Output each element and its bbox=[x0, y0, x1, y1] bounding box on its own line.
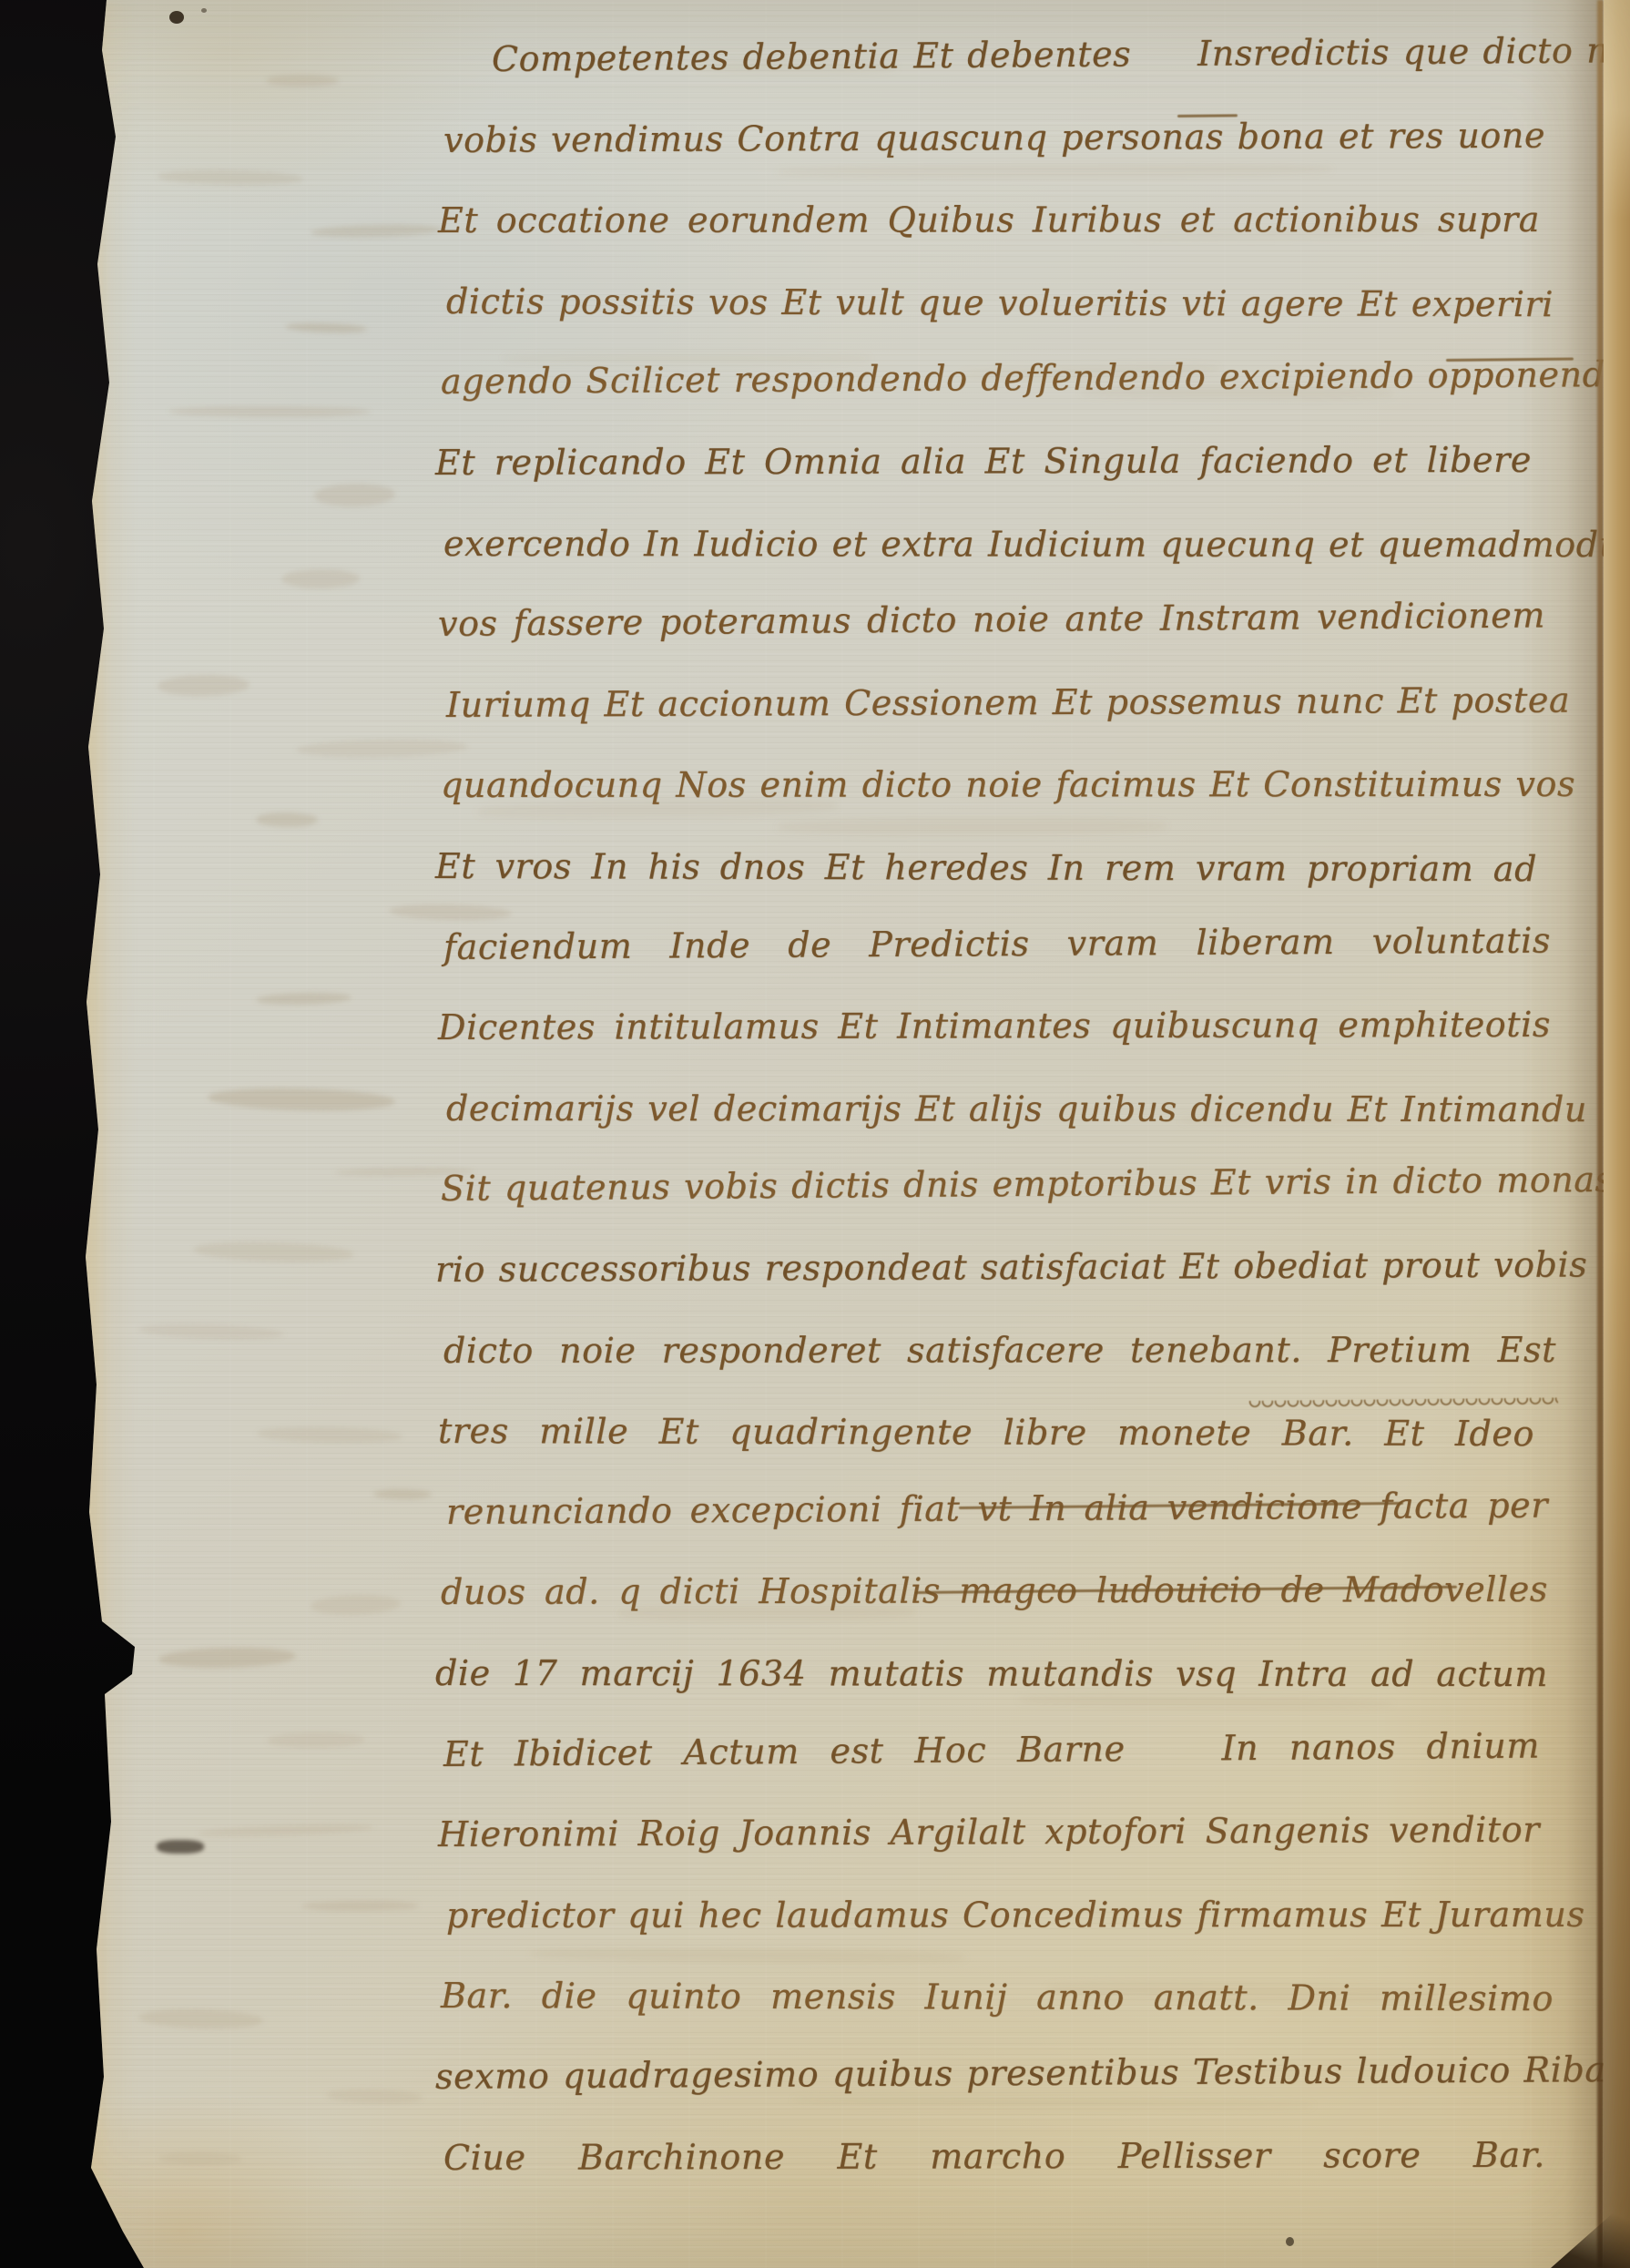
manuscript-line: Hieronimi Roig Joannis Argilalt xptofori… bbox=[438, 1811, 1540, 1855]
bleed-through-smudge bbox=[158, 169, 303, 187]
manuscript-line: predictor qui hec laudamus Concedimus fi… bbox=[446, 1895, 1554, 1936]
bleed-through-smudge bbox=[314, 483, 395, 506]
bleed-through-smudge bbox=[334, 1167, 474, 1177]
manuscript-line: vos fassere poteramus dicto noie ante In… bbox=[438, 597, 1545, 645]
show-through-streak bbox=[1180, 1114, 1376, 1128]
underline-mark bbox=[959, 1502, 1403, 1509]
show-through-streak bbox=[1080, 386, 1394, 399]
ink-dot-bottom bbox=[1286, 2237, 1294, 2246]
manuscript-line: die 17 marcij 1634 mutatis mutandis vsq … bbox=[435, 1654, 1548, 1695]
gutter-crease bbox=[1597, 0, 1604, 2268]
manuscript-page: Competentes debentia Et debentes Insredi… bbox=[0, 0, 1630, 2268]
underline-mark bbox=[1446, 357, 1574, 361]
manuscript-line: Bar. die quinto mensis Iunij anno anatt.… bbox=[441, 1977, 1554, 2019]
bleed-through-smudge bbox=[208, 1086, 395, 1113]
bottom-right-corner-shadow bbox=[1519, 2181, 1630, 2268]
manuscript-line: sexmo quadragesimo quibus presentibus Te… bbox=[435, 2051, 1532, 2098]
show-through-streak bbox=[961, 363, 1219, 382]
underline-mark bbox=[915, 1586, 1457, 1594]
bleed-through-smudge bbox=[267, 1732, 365, 1749]
bleed-through-smudge bbox=[138, 2007, 263, 2030]
manuscript-line: quandocunq Nos enim dicto noie facimus E… bbox=[441, 765, 1537, 806]
manuscript-line: agendo Scilicet respondendo deffendendo … bbox=[441, 356, 1554, 403]
show-through-streak bbox=[617, 1603, 916, 1622]
page-edge-strip bbox=[1604, 0, 1630, 2268]
manuscript-line: rio successoribus respondeat satisfaciat… bbox=[435, 1246, 1543, 1291]
show-through-streak bbox=[778, 162, 1332, 179]
bleed-through-smudge bbox=[158, 674, 250, 697]
bleed-through-smudge bbox=[257, 1425, 402, 1444]
manuscript-line: tres mille Et quadringente libre monete … bbox=[438, 1412, 1534, 1455]
show-through-streak bbox=[503, 353, 871, 363]
show-through-streak bbox=[477, 797, 838, 822]
ink-speck-top bbox=[201, 8, 207, 13]
show-through-streak bbox=[1018, 1694, 1392, 1711]
manuscript-line: dictis possitis vos Et vult que voluerit… bbox=[446, 282, 1554, 325]
manuscript-line: exercendo In Iudicio et extra Iudicium q… bbox=[443, 525, 1545, 566]
manuscript-line: Et Ibidicet Actum est Hoc Barne In nanos… bbox=[443, 1726, 1540, 1774]
bleed-through-smudge bbox=[326, 2088, 423, 2104]
bleed-through-smudge bbox=[158, 1646, 296, 1670]
bleed-through-smudge bbox=[138, 1323, 284, 1343]
bleed-through-smudge bbox=[168, 405, 372, 417]
bleed-through-smudge bbox=[311, 223, 443, 238]
manuscript-line: Competentes debentia Et debentes Insredi… bbox=[492, 32, 1580, 80]
ink-dot-top bbox=[169, 11, 184, 24]
bleed-through-smudge bbox=[198, 1822, 375, 1838]
bleed-through-smudge bbox=[373, 1488, 432, 1499]
bleed-through-smudge bbox=[284, 322, 366, 334]
manuscript-line: decimarijs vel decimarijs Et alijs quibu… bbox=[446, 1089, 1543, 1130]
bleed-through-smudge bbox=[256, 812, 318, 826]
manuscript-line: vobis vendimus Contra quascunq personas … bbox=[443, 116, 1540, 160]
show-through-streak bbox=[693, 59, 898, 76]
manuscript-line: Et vros In his dnos Et heredes In rem vr… bbox=[435, 847, 1537, 890]
show-through-streak bbox=[1134, 223, 1471, 241]
manuscript-line: Sit quatenus vobis dictis dnis emptoribu… bbox=[441, 1161, 1543, 1210]
wavy-underline-mark bbox=[1248, 1397, 1558, 1409]
paper-texture bbox=[0, 0, 1630, 2268]
manuscript-line: Et occatione eorundem Quibus Iuribus et … bbox=[438, 200, 1540, 241]
manuscript-photo: Competentes debentia Et debentes Insredi… bbox=[0, 0, 1630, 2268]
manuscript-line: Dicentes intitulamus Et Intimantes quibu… bbox=[438, 1006, 1551, 1048]
bleed-through-smudge bbox=[301, 1901, 419, 1911]
bleed-through-smudge bbox=[281, 569, 360, 589]
show-through-streak bbox=[778, 817, 1166, 835]
manuscript-line: Ciue Barchinone Et marcho Pellisser scor… bbox=[443, 2135, 1545, 2178]
show-through-streak bbox=[530, 1946, 965, 1963]
bleed-through-smudge bbox=[389, 903, 512, 921]
underline-mark bbox=[1177, 114, 1238, 117]
bleed-through-smudge bbox=[256, 991, 351, 1006]
bleed-through-smudge bbox=[311, 1593, 402, 1617]
page-fold-shadow bbox=[1519, 0, 1603, 2268]
manuscript-line: faciendum Inde de Predictis vram liberam… bbox=[443, 921, 1551, 967]
bleed-through-smudge bbox=[266, 75, 339, 87]
ink-blot-margin bbox=[157, 1840, 204, 1854]
manuscript-line: Et replicando Et Omnia alia Et Singula f… bbox=[435, 441, 1532, 484]
manuscript-line: renunciando excepcioni fiat vt In alia v… bbox=[446, 1486, 1548, 1532]
show-through-streak bbox=[792, 2094, 1313, 2111]
bleed-through-smudge bbox=[158, 2151, 242, 2164]
bleed-through-smudge bbox=[193, 1240, 354, 1263]
bleed-through-smudge bbox=[296, 738, 468, 759]
show-through-streak bbox=[1046, 1979, 1437, 2004]
manuscript-line: duos ad. q dicti Hospitalis magco ludoui… bbox=[441, 1570, 1548, 1613]
manuscript-line: Iuriumq Et accionum Cessionem Et possemu… bbox=[446, 680, 1559, 725]
deckled-edge-tint bbox=[82, 0, 137, 2268]
paper-vignette bbox=[0, 0, 1630, 2268]
manuscript-line: dicto noie responderet satisfacere teneb… bbox=[443, 1331, 1556, 1372]
